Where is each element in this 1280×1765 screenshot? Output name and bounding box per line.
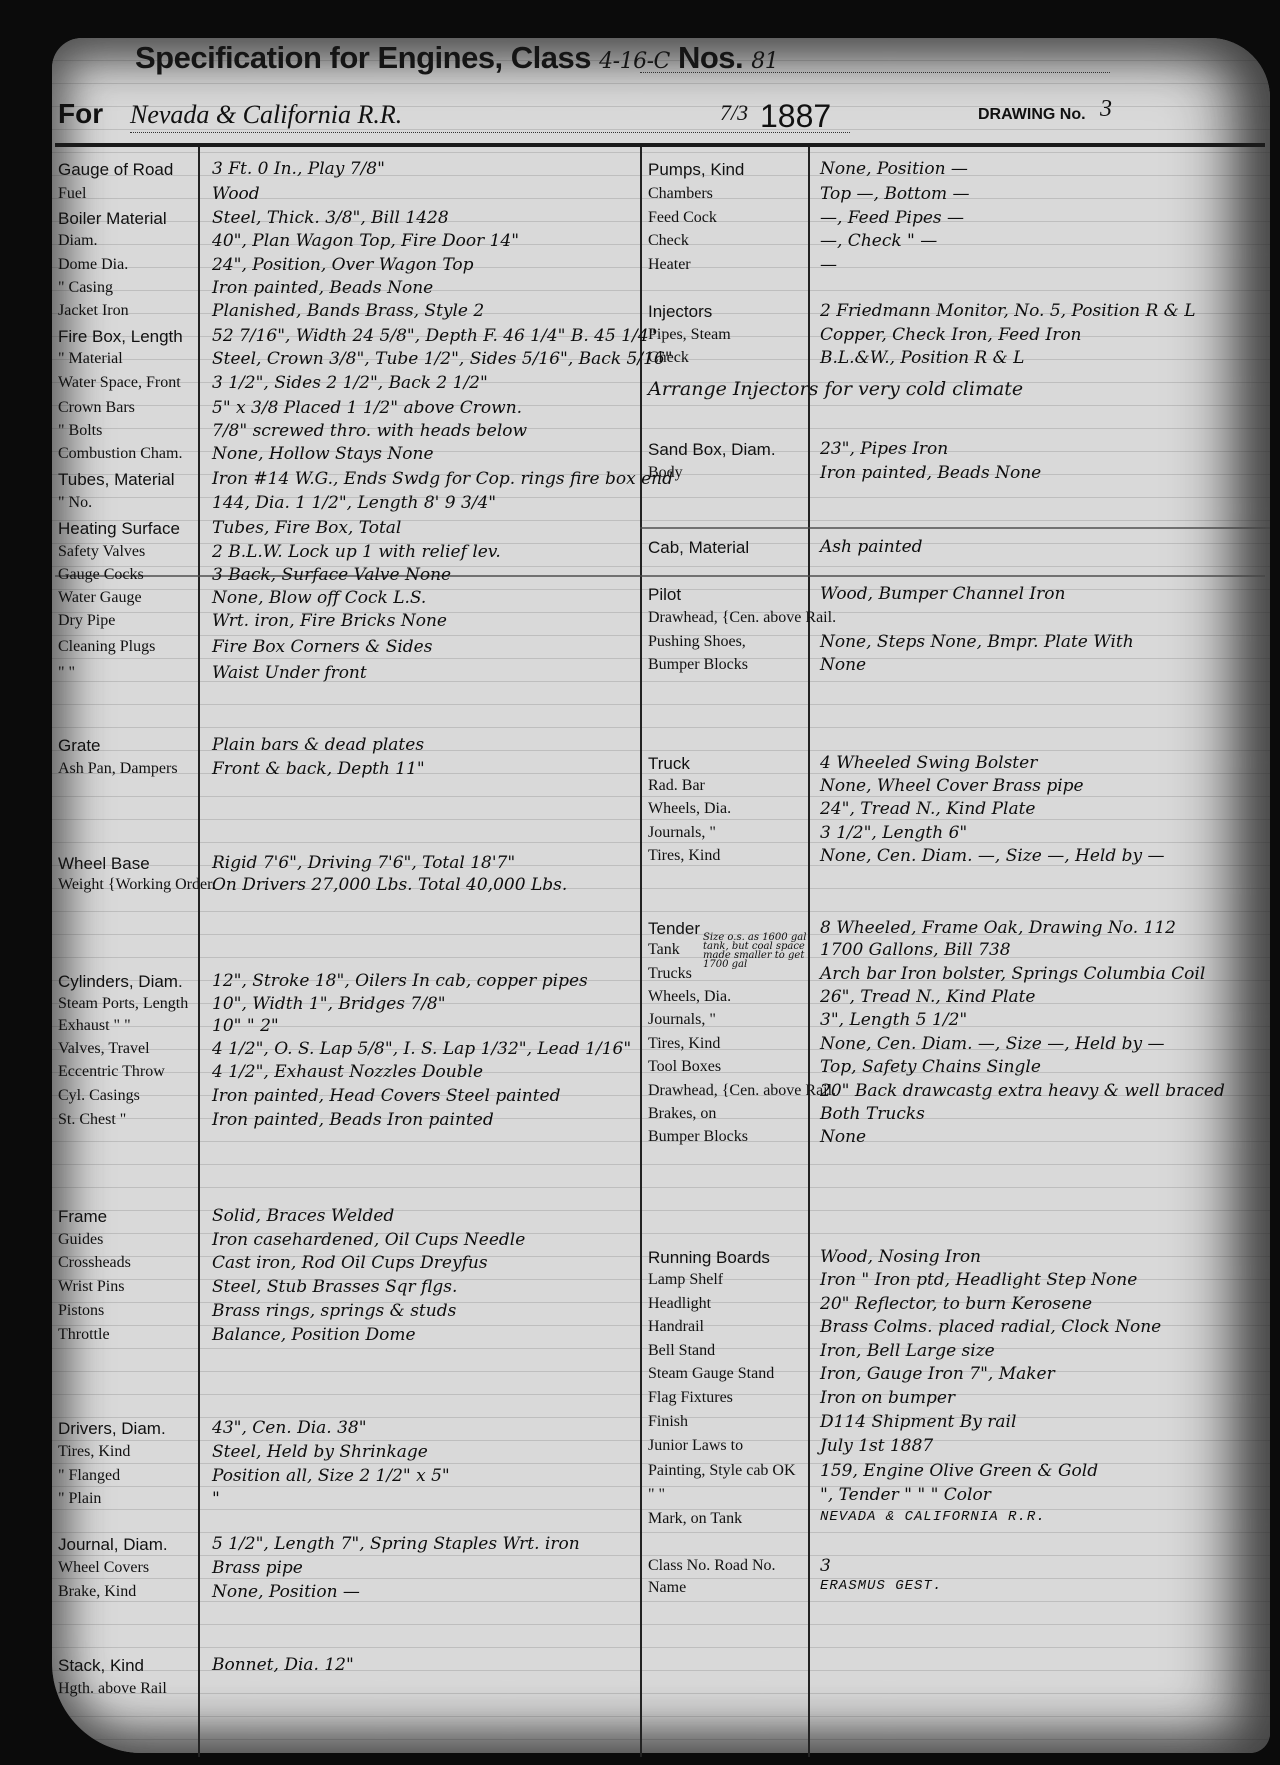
right-field-value: B.L.&W., Position R & L [820, 348, 1024, 368]
left-field-label: Jacket Iron [58, 302, 129, 320]
right-field-label: Feed Cock [648, 209, 717, 227]
for-label: For [58, 98, 103, 130]
right-field-label: Body [648, 464, 683, 482]
left-field-value: None, Position — [212, 1582, 360, 1602]
left-field-label: Dome Dia. [58, 256, 128, 274]
right-field-value: — [820, 255, 837, 275]
left-field-value: 10" " 2" [212, 1016, 279, 1036]
left-field-label: St. Chest " [58, 1111, 126, 1129]
left-field-label: Throttle [58, 1326, 110, 1344]
left-field-value: On Drivers 27,000 Lbs. Total 40,000 Lbs. [212, 875, 567, 895]
right-field-label: Pilot [648, 585, 681, 605]
right-field-label: Trucks [648, 965, 692, 983]
right-field-value: ERASMUS GEST. [820, 1578, 942, 1594]
right-field-value: None [820, 1127, 866, 1147]
left-field-value: Steel, Thick. 3/8", Bill 1428 [212, 208, 449, 228]
right-field-value: 26", Tread N., Kind Plate [820, 987, 1035, 1007]
right-field-value: None, Position — [820, 159, 968, 179]
left-field-label: Hgth. above Rail [58, 1680, 167, 1698]
left-field-value: 4 1/2", O. S. Lap 5/8", I. S. Lap 1/32",… [212, 1039, 631, 1059]
left-field-value: 3 1/2", Sides 2 1/2", Back 2 1/2" [212, 373, 488, 393]
left-field-value: Waist Under front [212, 663, 367, 683]
right-field-label: Bell Stand [648, 1342, 715, 1360]
right-field-value: Both Trucks [820, 1104, 925, 1124]
drawing-label: DRAWING No. [978, 106, 1086, 124]
left-field-value: 12", Stroke 18", Oilers In cab, copper p… [212, 971, 588, 991]
right-field-label: Journals, " [648, 824, 716, 842]
left-field-value: 3 Back, Surface Valve None [212, 565, 451, 585]
left-field-label: Cylinders, Diam. [58, 972, 183, 992]
left-field-value: 40", Plan Wagon Top, Fire Door 14" [212, 231, 519, 251]
right-field-label: Pipes, Steam [648, 326, 731, 344]
right-field-label: Handrail [648, 1318, 704, 1336]
right-field-value: 3 1/2", Length 6" [820, 823, 967, 843]
left-field-label: Tubes, Material [58, 470, 175, 490]
right-field-label: Bumper Blocks [648, 1128, 748, 1146]
right-field-label: Heater [648, 256, 691, 274]
left-field-value: 4 1/2", Exhaust Nozzles Double [212, 1062, 483, 1082]
left-field-label: Stack, Kind [58, 1656, 144, 1676]
year: 1887 [760, 98, 831, 135]
left-field-value: Iron casehardened, Oil Cups Needle [212, 1230, 525, 1250]
left-field-label: Guides [58, 1231, 103, 1249]
right-field-label: Pumps, Kind [648, 160, 744, 180]
right-field-label: Name [648, 1579, 686, 1597]
right-field-value: Top, Safety Chains Single [820, 1057, 1041, 1077]
right-field-value: —, Check " — [820, 231, 937, 251]
divider-left [198, 147, 200, 1757]
drawing-number: 3 [1100, 96, 1112, 123]
right-field-value: Iron painted, Beads None [820, 463, 1041, 483]
right-margin-note: Size o.s. as 1600 gal tank, but coal spa… [703, 933, 813, 969]
right-field-value: D114 Shipment By rail [820, 1412, 1016, 1432]
left-field-label: " Material [58, 350, 123, 368]
right-field-label: Wheels, Dia. [648, 988, 731, 1006]
right-field-label: Junior Laws to [648, 1437, 743, 1455]
left-field-value: 10", Width 1", Bridges 7/8" [212, 994, 446, 1014]
right-field-value: 3", Length 5 1/2" [820, 1010, 967, 1030]
right-field-value: Copper, Check Iron, Feed Iron [820, 325, 1082, 345]
left-field-label: " Flanged [58, 1467, 120, 1485]
right-field-value: None [820, 655, 866, 675]
left-field-value: None, Hollow Stays None [212, 444, 434, 464]
right-field-label: Running Boards [648, 1248, 770, 1268]
right-field-label: Pushing Shoes, [648, 633, 746, 651]
right-field-label: Check [648, 232, 689, 250]
right-field-value: Iron on bumper [820, 1388, 955, 1408]
left-field-value: Iron painted, Beads None [212, 278, 433, 298]
right-field-label: Bumper Blocks [648, 656, 748, 674]
left-field-label: Heating Surface [58, 519, 180, 539]
left-field-label: Diam. [58, 232, 98, 250]
right-field-value: Brass Colms. placed radial, Clock None [820, 1317, 1161, 1337]
right-field-value: None, Cen. Diam. —, Size —, Held by — [820, 1034, 1165, 1054]
right-field-label: Sand Box, Diam. [648, 440, 776, 460]
right-field-label: Chambers [648, 185, 713, 203]
right-field-label: Tires, Kind [648, 1035, 720, 1053]
left-field-value: 2 B.L.W. Lock up 1 with relief lev. [212, 542, 501, 562]
right-field-value: 1700 Gallons, Bill 738 [820, 940, 1011, 960]
left-field-value: Wood [212, 184, 260, 204]
right-field-value: Ash painted [820, 537, 923, 557]
left-field-label: Wheel Covers [58, 1559, 149, 1577]
railroad-name: Nevada & California R.R. [130, 100, 402, 130]
left-field-label: " Bolts [58, 422, 102, 440]
left-field-label: Valves, Travel [58, 1040, 150, 1058]
right-field-label: Rad. Bar [648, 777, 705, 795]
right-field-label: Wheels, Dia. [648, 800, 731, 818]
left-field-label: Pistons [58, 1302, 104, 1320]
right-field-value: Iron, Gauge Iron 7", Maker [820, 1364, 1055, 1384]
left-field-value: 43", Cen. Dia. 38" [212, 1418, 367, 1438]
left-field-label: Dry Pipe [58, 612, 115, 630]
left-field-value: Plain bars & dead plates [212, 735, 424, 755]
left-field-label: Exhaust " " [58, 1017, 131, 1035]
left-field-label: Fuel [58, 185, 86, 203]
left-field-label: Drivers, Diam. [58, 1419, 166, 1439]
right-field-label: Check [648, 349, 689, 367]
right-field-value: July 1st 1887 [820, 1436, 933, 1456]
left-field-label: Crown Bars [58, 399, 135, 417]
left-field-label: Crossheads [58, 1254, 131, 1272]
left-field-value: Iron #14 W.G., Ends Swdg for Cop. rings … [212, 469, 673, 489]
left-field-value: 5" x 3/8 Placed 1 1/2" above Crown. [212, 398, 522, 418]
left-field-label: Water Gauge [58, 589, 142, 607]
left-field-value: 144, Dia. 1 1/2", Length 8' 9 3/4" [212, 493, 496, 513]
right-field-value: 159, Engine Olive Green & Gold [820, 1461, 1098, 1481]
left-field-label: Tires, Kind [58, 1443, 130, 1461]
right-note: Arrange Injectors for very cold climate [648, 378, 1023, 400]
left-field-value: Steel, Stub Brasses Sqr flgs. [212, 1277, 457, 1297]
left-field-label: " No. [58, 494, 92, 512]
right-field-value: Iron " Iron ptd, Headlight Step None [820, 1270, 1137, 1290]
left-field-label: Steam Ports, Length [58, 995, 188, 1013]
right-field-label: Journals, " [648, 1011, 716, 1029]
left-field-value: Steel, Held by Shrinkage [212, 1442, 428, 1462]
right-field-label: " " [648, 1486, 665, 1504]
for-underline [130, 132, 850, 133]
right-field-value: 8 Wheeled, Frame Oak, Drawing No. 112 [820, 918, 1176, 938]
left-field-label: Journal, Diam. [58, 1535, 168, 1555]
left-field-value: Bonnet, Dia. 12" [212, 1655, 354, 1675]
right-field-value: Iron, Bell Large size [820, 1341, 995, 1361]
left-field-label: Frame [58, 1207, 107, 1227]
right-field-label: Injectors [648, 302, 712, 322]
right-field-value: None, Wheel Cover Brass pipe [820, 776, 1084, 796]
left-field-label: " Plain [58, 1490, 101, 1508]
right-field-value: NEVADA & CALIFORNIA R.R. [820, 1509, 1046, 1525]
right-field-value: None, Cen. Diam. —, Size —, Held by — [820, 846, 1165, 866]
right-field-label: Flag Fixtures [648, 1389, 733, 1407]
left-field-value: Balance, Position Dome [212, 1325, 416, 1345]
right-field-label: Cab, Material [648, 538, 749, 558]
left-field-value: Tubes, Fire Box, Total [212, 518, 401, 538]
left-field-label: Gauge Cocks [58, 566, 144, 584]
right-field-value: —, Feed Pipes — [820, 208, 964, 228]
left-field-label: Water Space, Front [58, 374, 181, 392]
left-field-label: " Casing [58, 279, 113, 297]
left-field-value: Brass pipe [212, 1558, 303, 1578]
right-field-label: Painting, Style cab OK [648, 1462, 796, 1480]
left-field-value: Solid, Braces Welded [212, 1206, 394, 1226]
left-field-label: Wrist Pins [58, 1278, 124, 1296]
right-field-value: 3 [820, 1556, 831, 1576]
left-field-label: Gauge of Road [58, 160, 173, 180]
left-field-label: Boiler Material [58, 209, 167, 229]
left-field-label: Wheel Base [58, 854, 150, 874]
right-field-label: Tires, Kind [648, 847, 720, 865]
right-field-label: Steam Gauge Stand [648, 1365, 774, 1383]
right-field-value: 4 Wheeled Swing Bolster [820, 753, 1037, 773]
right-field-label: Drawhead, {Cen. above Rail. [648, 609, 836, 627]
right-field-label: Tank [648, 941, 680, 959]
left-field-label: Ash Pan, Dampers [58, 760, 178, 778]
right-field-value: ", Tender " " " Color [820, 1485, 991, 1505]
left-field-value: Position all, Size 2 1/2" x 5" [212, 1466, 450, 1486]
left-field-value: Rigid 7'6", Driving 7'6", Total 18'7" [212, 853, 515, 873]
right-field-label: Lamp Shelf [648, 1271, 723, 1289]
left-field-value: 7/8" screwed thro. with heads below [212, 421, 527, 441]
right-field-value: Wood, Nosing Iron [820, 1247, 981, 1267]
left-field-label: Safety Valves [58, 543, 145, 561]
right-field-label: Mark, on Tank [648, 1510, 742, 1528]
left-field-value: 3 Ft. 0 In., Play 7/8" [212, 159, 385, 179]
left-field-value: Iron painted, Beads Iron painted [212, 1110, 494, 1130]
left-field-label: Combustion Cham. [58, 445, 182, 463]
right-field-value: 23", Pipes Iron [820, 439, 948, 459]
left-field-value: 5 1/2", Length 7", Spring Staples Wrt. i… [212, 1534, 580, 1554]
left-field-value: Cast iron, Rod Oil Cups Dreyfus [212, 1253, 488, 1273]
left-field-value: Wrt. iron, Fire Bricks None [212, 611, 447, 631]
right-field-value: Wood, Bumper Channel Iron [820, 584, 1065, 604]
left-field-value: 52 7/16", Width 24 5/8", Depth F. 46 1/4… [212, 326, 656, 346]
right-field-value: 20" Reflector, to burn Kerosene [820, 1294, 1092, 1314]
left-field-value: Brass rings, springs & studs [212, 1301, 456, 1321]
band-rule-2 [640, 527, 1270, 529]
left-field-label: Cleaning Plugs [58, 638, 155, 656]
divider-center [640, 147, 642, 1757]
left-field-value: Front & back, Depth 11" [212, 759, 425, 779]
left-field-value: 24", Position, Over Wagon Top [212, 255, 474, 275]
left-field-label: Grate [58, 736, 101, 756]
right-field-label: Headlight [648, 1295, 711, 1313]
right-field-value: Arch bar Iron bolster, Springs Columbia … [820, 964, 1205, 984]
left-field-label: Weight {Working Order. [58, 876, 216, 894]
right-field-value: Top —, Bottom — [820, 184, 970, 204]
right-field-label: Tender [648, 919, 700, 939]
left-field-value: None, Blow off Cock L.S. [212, 588, 426, 608]
right-field-label: Drawhead, {Cen. above Rail. [648, 1082, 836, 1100]
right-field-label: Brakes, on [648, 1105, 716, 1123]
right-field-value: 20" Back drawcastg extra heavy & well br… [820, 1081, 1225, 1101]
date: 7/3 [720, 100, 748, 126]
left-field-label: Eccentric Throw [58, 1063, 165, 1081]
left-field-value: " [212, 1489, 220, 1509]
title-underline [640, 72, 1110, 73]
left-field-label: " " [58, 664, 75, 682]
right-field-label: Truck [648, 754, 690, 774]
left-field-value: Fire Box Corners & Sides [212, 637, 432, 657]
sheet-title: Specification for Engines, Class 4-16-C … [135, 40, 778, 76]
left-field-label: Cyl. Casings [58, 1087, 140, 1105]
right-field-value: None, Steps None, Bmpr. Plate With [820, 632, 1134, 652]
right-field-label: Tool Boxes [648, 1058, 721, 1076]
right-field-value: 24", Tread N., Kind Plate [820, 799, 1035, 819]
right-field-label: Finish [648, 1413, 688, 1431]
left-field-value: Iron painted, Head Covers Steel painted [212, 1086, 561, 1106]
header-rule [55, 143, 1265, 147]
left-field-value: Planished, Bands Brass, Style 2 [212, 301, 484, 321]
right-field-label: Class No. Road No. [648, 1557, 776, 1575]
left-field-value: Steel, Crown 3/8", Tube 1/2", Sides 5/16… [212, 349, 673, 369]
left-field-label: Fire Box, Length [58, 327, 183, 347]
right-field-value: 2 Friedmann Monitor, No. 5, Position R &… [820, 301, 1196, 321]
left-field-label: Brake, Kind [58, 1583, 136, 1601]
